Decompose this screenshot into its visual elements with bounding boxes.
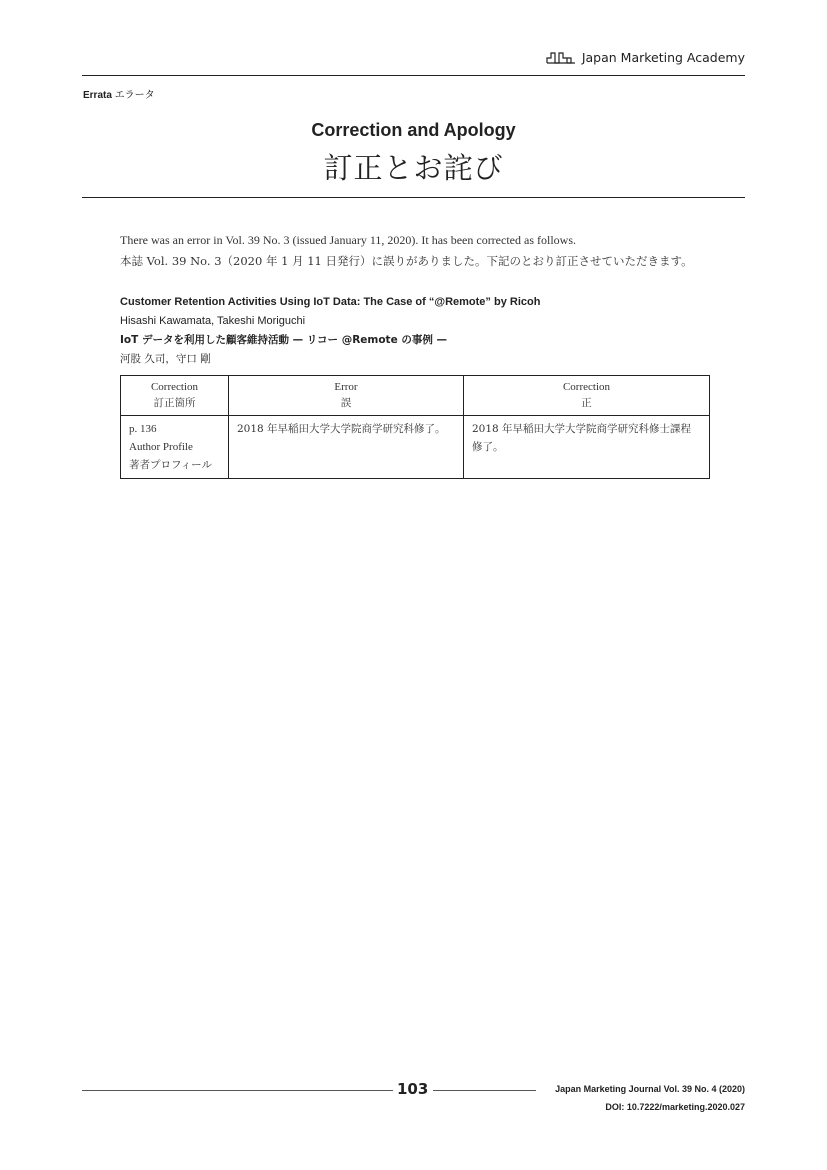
header-error: Error 誤 <box>229 376 464 416</box>
article-authors-en: Hisashi Kawamata, Takeshi Moriguchi <box>120 312 740 331</box>
article-info: Customer Retention Activities Using IoT … <box>120 293 740 369</box>
publisher-brand: Japan Marketing Academy <box>546 50 745 65</box>
title-divider <box>82 197 745 198</box>
article-title-en: Customer Retention Activities Using IoT … <box>120 293 740 312</box>
footer-divider-left <box>82 1090 393 1091</box>
errata-notice: There was an error in Vol. 39 No. 3 (iss… <box>120 230 740 272</box>
doi: DOI: 10.7222/marketing.2020.027 <box>605 1102 745 1112</box>
page-number: 103 <box>397 1080 428 1098</box>
jma-logo-icon <box>546 52 576 64</box>
section-label-en: Errata <box>83 90 112 101</box>
notice-ja: 本誌 Vol. 39 No. 3（2020 年 1 月 11 日発行）に誤りがあ… <box>120 251 740 272</box>
header-correction: Correction 正 <box>464 376 710 416</box>
article-title-ja: IoT データを利用した顧客維持活動 — リコー @Remote の事例 — <box>120 331 740 350</box>
cell-correction: 2018 年早稲田大学大学院商学研究科修士課程修了。 <box>464 416 710 479</box>
table-row: p. 136 Author Profile 著者プロフィール 2018 年早稲田… <box>121 416 710 479</box>
section-label: Errata エラータ <box>83 86 155 101</box>
header-location: Correction 訂正箇所 <box>121 376 229 416</box>
section-label-ja: エラータ <box>115 90 155 101</box>
footer-divider-right <box>433 1090 536 1091</box>
journal-citation: Japan Marketing Journal Vol. 39 No. 4 (2… <box>555 1084 745 1094</box>
article-authors-ja: 河股 久司，守口 剛 <box>120 350 740 369</box>
page-title-ja: 訂正とお詫び <box>0 146 827 187</box>
brand-name: Japan Marketing Academy <box>582 50 745 65</box>
table-header-row: Correction 訂正箇所 Error 誤 Correction 正 <box>121 376 710 416</box>
page-title-en: Correction and Apology <box>0 120 827 141</box>
notice-en: There was an error in Vol. 39 No. 3 (iss… <box>120 230 740 251</box>
errata-table: Correction 訂正箇所 Error 誤 Correction 正 p. … <box>120 375 710 479</box>
cell-location: p. 136 Author Profile 著者プロフィール <box>121 416 229 479</box>
header-divider <box>82 75 745 76</box>
cell-error: 2018 年早稲田大学大学院商学研究科修了。 <box>229 416 464 479</box>
